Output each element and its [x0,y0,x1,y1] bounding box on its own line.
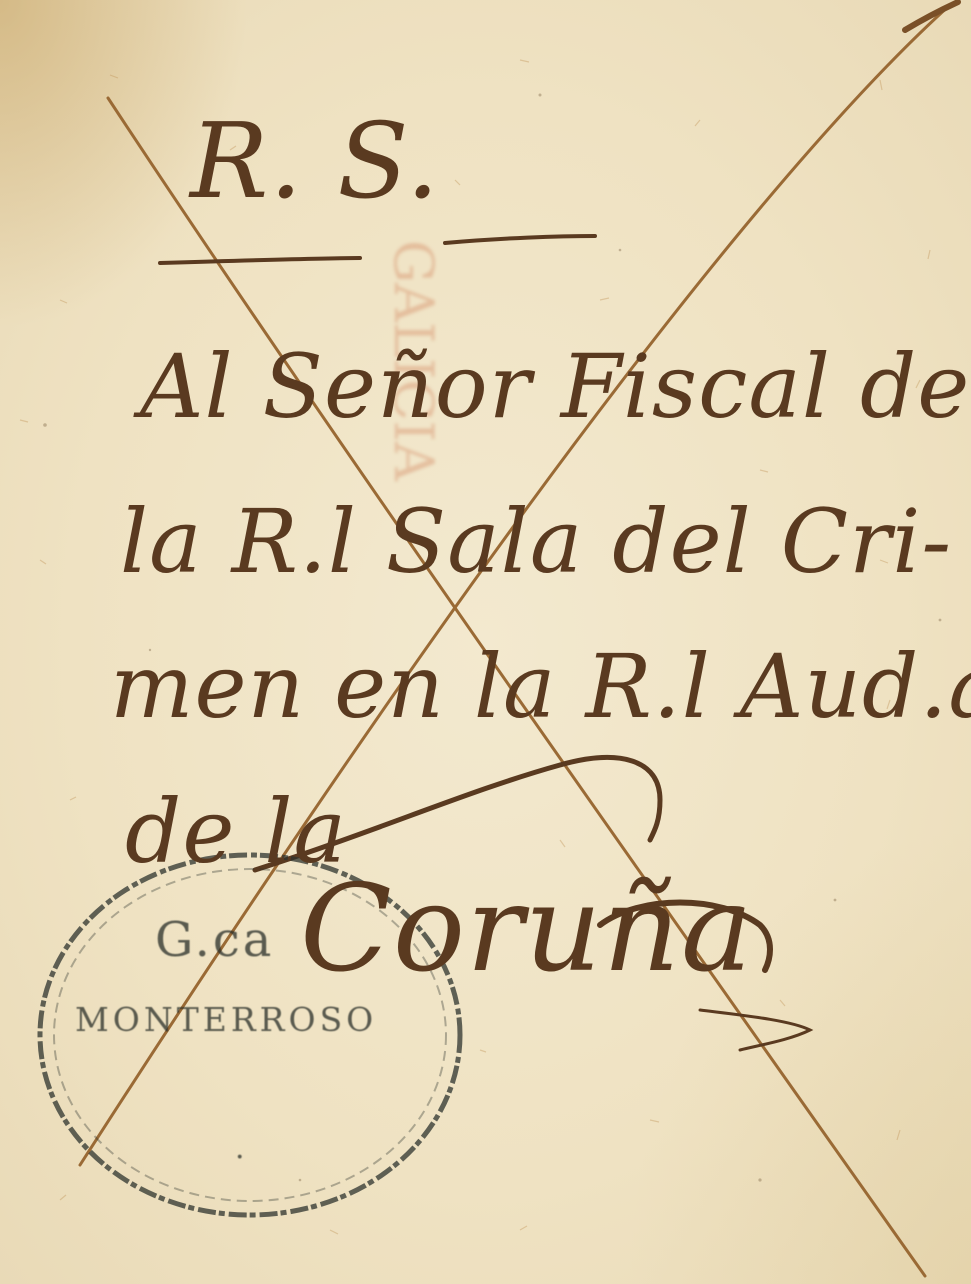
address-line-3: men en la R.l Aud.a [110,635,971,738]
postal-cover: GALICIA G.ca MONTERROSO · R. S. Al Señor… [0,0,971,1284]
header-mark: R. S. [190,100,440,222]
postmark-region: G.ca [155,912,274,968]
address-city: Coruña [300,860,754,999]
address-line-1: Al Señor Fiscal de [140,335,970,438]
address-line-2: la R.l Sala del Cri- [120,490,952,593]
postmark-bottom: · [235,1140,248,1175]
postmark-town: MONTERROSO [75,1000,377,1039]
